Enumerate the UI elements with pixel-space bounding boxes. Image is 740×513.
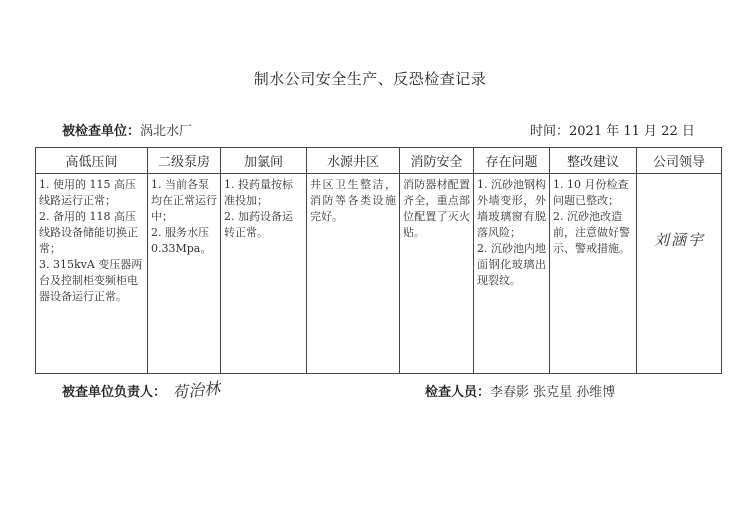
date-label: 时间： <box>530 124 569 139</box>
table-header-row: 高低压间 二级泵房 加氯间 水源井区 消防安全 存在问题 整改建议 公司领导 <box>36 148 722 174</box>
cell-text: 1. 使用的 115 高压线路运行正常； <box>39 177 144 209</box>
cell-text: 消防器材配置齐全，重点部位配置了灭火贴。 <box>403 177 470 241</box>
cell-text: 2. 备用的 118 高压线路设备储能切换正常； <box>39 209 144 257</box>
inspected-unit: 被检查单位：涡北水厂 <box>62 120 192 139</box>
header-company-leader: 公司领导 <box>637 148 722 174</box>
cell-text: 3. 315kvA 变压器两台及控制柜变频柜电器设备运行正常。 <box>39 257 144 305</box>
header-issues: 存在问题 <box>474 148 550 174</box>
inspectors-value: 李春影 张克星 孙维博 <box>490 385 615 400</box>
inspection-table: 高低压间 二级泵房 加氯间 水源井区 消防安全 存在问题 整改建议 公司领导 1… <box>35 147 722 374</box>
cell-text: 2. 加药设备运转正常。 <box>224 209 303 241</box>
cell-company-leader: 刘涵宇 <box>637 174 722 374</box>
responsible-signature: 苟治林 <box>171 376 221 404</box>
inspectors-label: 检查人员： <box>425 385 490 400</box>
cell-well-area: 井区卫生整洁，消防等各类设施完好。 <box>307 174 400 374</box>
leader-signature: 刘涵宇 <box>654 232 718 248</box>
inspected-unit-value: 涡北水厂 <box>140 124 192 139</box>
header-chlorination-room: 加氯间 <box>221 148 307 174</box>
cell-suggestions: 1. 10 月份检查问题已整改； 2. 沉砂池改造前，注意做好警示、警戒措施。 <box>550 174 637 374</box>
header-fire-safety: 消防安全 <box>400 148 474 174</box>
header-secondary-pump-room: 二级泵房 <box>148 148 221 174</box>
cell-text: 1. 沉砂池钢构外墙变形，外墙玻璃窗有脱落风险； <box>477 177 546 241</box>
inspected-unit-label: 被检查单位： <box>62 124 140 139</box>
header-high-low-voltage-room: 高低压间 <box>36 148 148 174</box>
cell-text: 2. 沉砂池改造前，注意做好警示、警戒措施。 <box>553 209 633 257</box>
responsible-person-label: 被查单位负责人： <box>62 381 166 400</box>
cell-chlorination-room: 1. 投药量按标准投加； 2. 加药设备运转正常。 <box>221 174 307 374</box>
document-title: 制水公司安全生产、反恐检查记录 <box>0 68 740 89</box>
cell-text: 1. 当前各泵均在正常运行中； <box>151 177 217 225</box>
header-well-area: 水源井区 <box>307 148 400 174</box>
cell-text: 1. 投药量按标准投加； <box>224 177 303 209</box>
cell-text: 井区卫生整洁，消防等各类设施完好。 <box>310 177 396 225</box>
cell-text: 2. 服务水压 0.33Mpa。 <box>151 225 217 257</box>
cell-secondary-pump-room: 1. 当前各泵均在正常运行中； 2. 服务水压 0.33Mpa。 <box>148 174 221 374</box>
inspectors: 检查人员：李春影 张克星 孙维博 <box>425 381 615 400</box>
table-row: 1. 使用的 115 高压线路运行正常； 2. 备用的 118 高压线路设备储能… <box>36 174 722 374</box>
cell-issues: 1. 沉砂池钢构外墙变形，外墙玻璃窗有脱落风险； 2. 沉砂池内地面钢化玻璃出现… <box>474 174 550 374</box>
cell-high-low-voltage-room: 1. 使用的 115 高压线路运行正常； 2. 备用的 118 高压线路设备储能… <box>36 174 148 374</box>
header-suggestions: 整改建议 <box>550 148 637 174</box>
cell-text: 1. 10 月份检查问题已整改； <box>553 177 633 209</box>
cell-fire-safety: 消防器材配置齐全，重点部位配置了灭火贴。 <box>400 174 474 374</box>
date-value: 2021 年 11 月 22 日 <box>569 124 695 139</box>
cell-text: 2. 沉砂池内地面钢化玻璃出现裂纹。 <box>477 241 546 289</box>
inspection-date: 时间：2021 年 11 月 22 日 <box>530 120 695 139</box>
